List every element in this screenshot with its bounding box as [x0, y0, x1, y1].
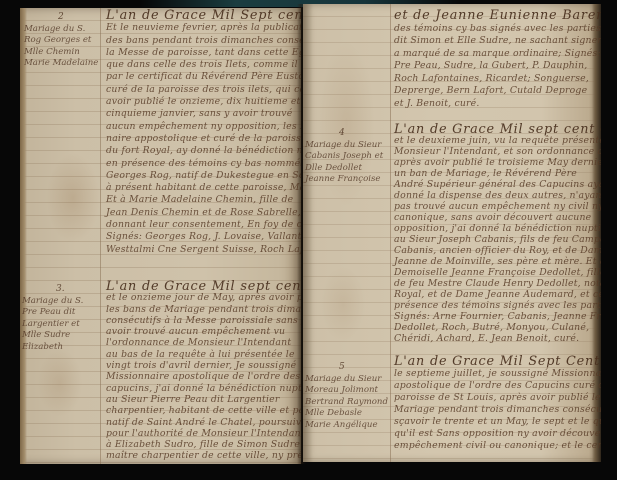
stain — [38, 138, 108, 258]
entry-4-margin-note: 4 Mariage du SieurCabanis Joseph etDlle … — [305, 128, 389, 186]
entry-5-body: L'an de Grace Mil Sept Cent Cinquantele … — [394, 356, 601, 452]
left-page-binding-edge — [20, 8, 27, 464]
right-page: et de Jeanne Eunienne Barenne, Et en sa … — [303, 4, 601, 462]
stain — [309, 14, 384, 234]
entry-3-margin-note: 3. Mariage du S.Pre Peau ditLargentier e… — [22, 284, 100, 354]
register-scan: 2 Mariage du S.Rog Georges etMlle Chemin… — [0, 0, 617, 480]
right-page-margin-rule — [390, 4, 391, 462]
entry-3-number: 3. — [22, 284, 100, 296]
stain — [313, 254, 373, 354]
entry-2-margin-text: Mariage du S.Rog Georges etMlle CheminMa… — [24, 24, 100, 70]
entry-2-margin-note: 2 Mariage du S.Rog Georges etMlle Chemin… — [24, 12, 100, 70]
entry-2-body: L'an de Grace Mil Sept cent cinquanteEt … — [106, 10, 301, 256]
left-page-margin-rule — [100, 8, 101, 464]
entry-4-number: 4 — [305, 128, 389, 140]
entry-2-number: 2 — [24, 12, 100, 24]
entry-3-body: L'an de Grace Mil sept cent Cinquanteet … — [106, 281, 301, 462]
entry-5-margin-text: Mariage du SieurMoreau JolimontBertrand … — [305, 374, 389, 432]
entry-3-continuation: et de Jeanne Eunienne Barenne, Et en sa … — [394, 10, 601, 110]
entry-3-margin-text: Mariage du S.Pre Peau ditLargentier etMl… — [22, 296, 100, 354]
entry-4-body: L'an de Grace Mil sept cent Cinquante,et… — [394, 124, 601, 344]
entry-5-margin-note: 5 Mariage du SieurMoreau JolimontBertran… — [305, 362, 389, 432]
entry-5-number: 5 — [305, 362, 389, 374]
entry-4-margin-text: Mariage du SieurCabanis Joseph etDlle De… — [305, 140, 389, 186]
left-page: 2 Mariage du S.Rog Georges etMlle Chemin… — [20, 8, 301, 464]
